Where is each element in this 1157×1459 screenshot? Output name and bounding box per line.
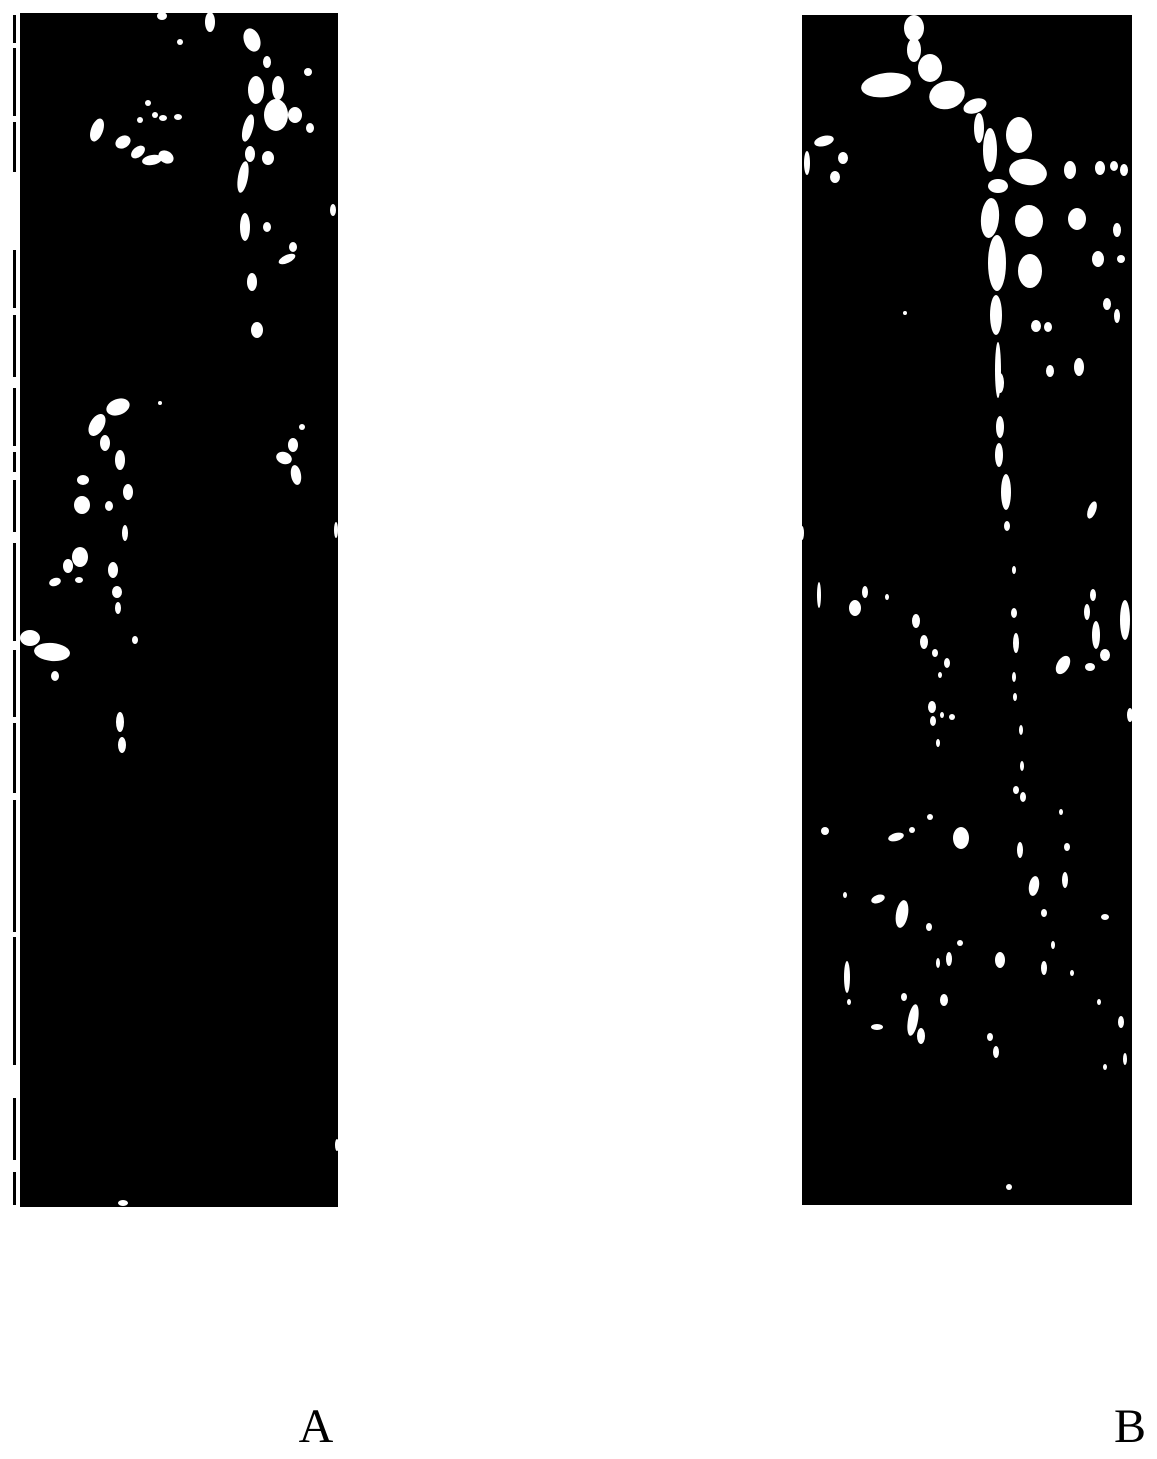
- film-edge-dash: [13, 48, 16, 116]
- film-edge-dash: [13, 250, 16, 308]
- film-edge-dash: [13, 452, 16, 472]
- film-edge-dash: [13, 388, 16, 446]
- micrograph-panel-b: [802, 15, 1132, 1205]
- film-edge-dash: [13, 15, 16, 43]
- figure-page: A B: [0, 0, 1157, 1459]
- film-edge-dash: [13, 480, 16, 532]
- panel-label-b: B: [1110, 1403, 1150, 1451]
- film-edge-dash: [13, 1172, 16, 1205]
- film-edge-dash: [13, 543, 16, 641]
- panel-label-a: A: [296, 1403, 336, 1451]
- film-edge-dash: [13, 1098, 16, 1160]
- film-edge-dash: [13, 937, 16, 1065]
- film-edge-dash: [13, 315, 16, 377]
- film-edge-dash: [13, 122, 16, 172]
- micrograph-panel-a: [20, 13, 338, 1207]
- film-edge-dash: [13, 800, 16, 932]
- film-edge-dash: [13, 650, 16, 717]
- film-edge-dash: [13, 723, 16, 793]
